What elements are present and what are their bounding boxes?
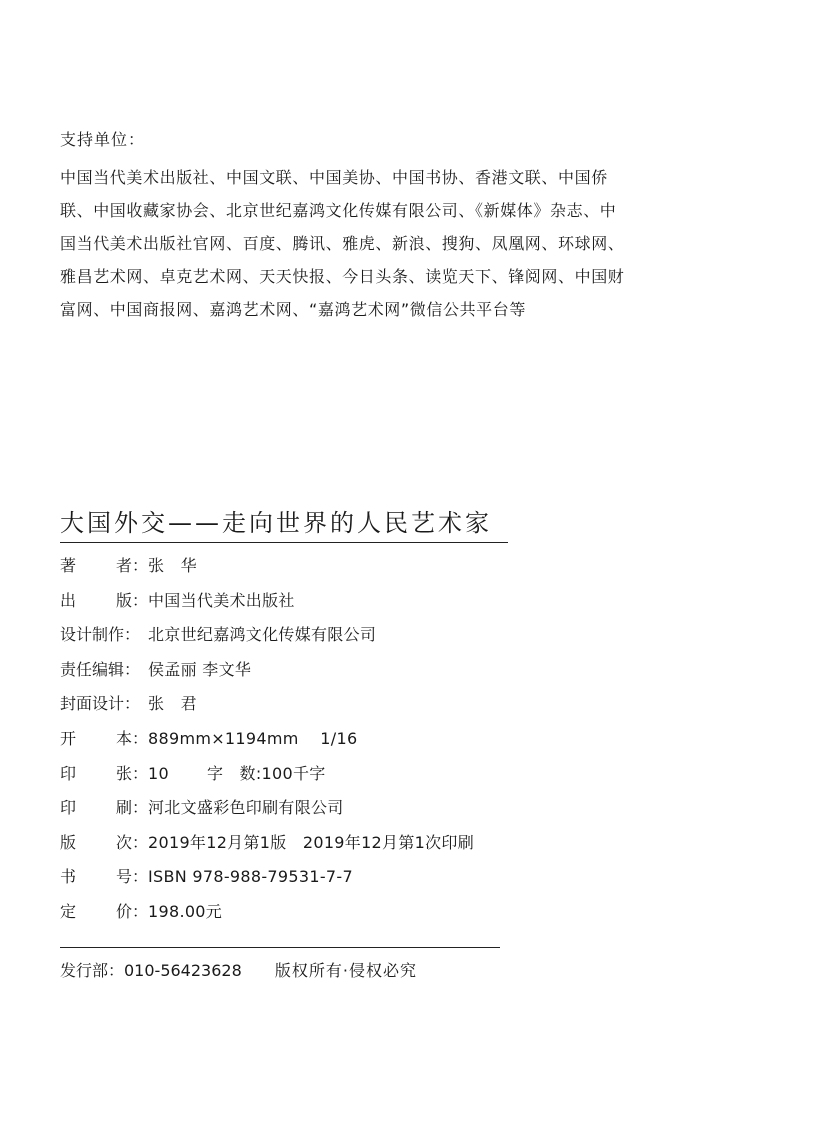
- colophon-label: 版 次：: [60, 833, 148, 853]
- colophon-row-editors: 责任编辑： 侯孟丽 李文华: [60, 660, 520, 680]
- support-units-heading: 支持单位：: [60, 130, 660, 150]
- label-char: 号：: [116, 867, 148, 887]
- support-units-line: 国当代美术出版社官网、百度、腾讯、雅虎、新浪、搜狗、凤凰网、环球网、: [60, 234, 660, 254]
- support-units-line: 富网、中国商报网、嘉鸿艺术网、“嘉鸿艺术网”微信公共平台等: [60, 300, 660, 320]
- colophon-label: 设计制作：: [60, 625, 148, 645]
- colophon-label: 责任编辑：: [60, 660, 148, 680]
- colophon-value-design-production: 北京世纪嘉鸿文化传媒有限公司: [148, 625, 376, 645]
- label-char: 张：: [116, 764, 148, 784]
- label-char: 次：: [116, 833, 148, 853]
- colophon-row-sheets: 印 张： 10 字 数:100千字: [60, 764, 520, 784]
- colophon-label: 书 号：: [60, 867, 148, 887]
- label-char: 本：: [116, 729, 148, 749]
- label-char: 出: [60, 591, 76, 611]
- colophon-row-author: 著 者： 张 华: [60, 556, 520, 576]
- colophon-value-printer: 河北文盛彩色印刷有限公司: [148, 798, 344, 818]
- colophon-label: 定 价：: [60, 902, 148, 922]
- colophon-row-design-production: 设计制作： 北京世纪嘉鸿文化传媒有限公司: [60, 625, 520, 645]
- colophon-value-format: 889mm×1194mm 1/16: [148, 729, 357, 749]
- label-char: 定: [60, 902, 76, 922]
- label-char: 者：: [116, 556, 148, 576]
- colophon-row-format: 开 本： 889mm×1194mm 1/16: [60, 729, 520, 749]
- label-char: 开: [60, 729, 76, 749]
- label-char: 版：: [116, 591, 148, 611]
- colophon-row-printer: 印 刷： 河北文盛彩色印刷有限公司: [60, 798, 520, 818]
- label-char: 刷：: [116, 798, 148, 818]
- colophon-label: 出 版：: [60, 591, 148, 611]
- footer: 发行部：010-56423628 版权所有·侵权必究: [60, 961, 417, 981]
- label-char: 著: [60, 556, 76, 576]
- colophon-row-cover-design: 封面设计： 张 君: [60, 694, 520, 714]
- colophon-value-isbn: ISBN 978-988-79531-7-7: [148, 867, 353, 887]
- colophon-label: 著 者：: [60, 556, 148, 576]
- book-title: 大国外交——走向世界的人民艺术家: [60, 508, 492, 538]
- colophon-label: 印 刷：: [60, 798, 148, 818]
- colophon-label: 印 张：: [60, 764, 148, 784]
- label-char: 价：: [116, 902, 148, 922]
- colophon-value-cover-design: 张 君: [148, 694, 197, 714]
- title-divider: [60, 542, 508, 543]
- colophon-row-isbn: 书 号： ISBN 978-988-79531-7-7: [60, 867, 520, 887]
- copyright-notice: 版权所有·侵权必究: [275, 961, 417, 980]
- colophon-row-price: 定 价： 198.00元: [60, 902, 520, 922]
- colophon: 著 者： 张 华 出 版： 中国当代美术出版社 设计制作： 北京世纪嘉鸿文化传媒…: [60, 556, 520, 937]
- label-char: 印: [60, 764, 76, 784]
- colophon-value-price: 198.00元: [148, 902, 222, 922]
- distribution-phone: 发行部：010-56423628: [60, 961, 242, 980]
- colophon-row-edition: 版 次： 2019年12月第1版 2019年12月第1次印刷: [60, 833, 520, 853]
- colophon-value-edition: 2019年12月第1版 2019年12月第1次印刷: [148, 833, 474, 853]
- support-units-line: 联、中国收藏家协会、北京世纪嘉鸿文化传媒有限公司、《新媒体》杂志、中: [60, 201, 660, 221]
- colophon-label: 开 本：: [60, 729, 148, 749]
- label-char: 印: [60, 798, 76, 818]
- colophon-label: 封面设计：: [60, 694, 148, 714]
- colophon-value-sheets: 10 字 数:100千字: [148, 764, 326, 784]
- support-units-line: 中国当代美术出版社、中国文联、中国美协、中国书协、香港文联、中国侨: [60, 168, 660, 188]
- support-units-section: 支持单位： 中国当代美术出版社、中国文联、中国美协、中国书协、香港文联、中国侨 …: [60, 130, 660, 333]
- colophon-row-publisher: 出 版： 中国当代美术出版社: [60, 591, 520, 611]
- colophon-value-editors: 侯孟丽 李文华: [148, 660, 251, 680]
- label-char: 版: [60, 833, 76, 853]
- colophon-value-author: 张 华: [148, 556, 197, 576]
- label-char: 书: [60, 867, 76, 887]
- colophon-value-publisher: 中国当代美术出版社: [148, 591, 295, 611]
- footer-divider: [60, 947, 500, 948]
- support-units-line: 雅昌艺术网、卓克艺术网、天天快报、今日头条、读览天下、锋阅网、中国财: [60, 267, 660, 287]
